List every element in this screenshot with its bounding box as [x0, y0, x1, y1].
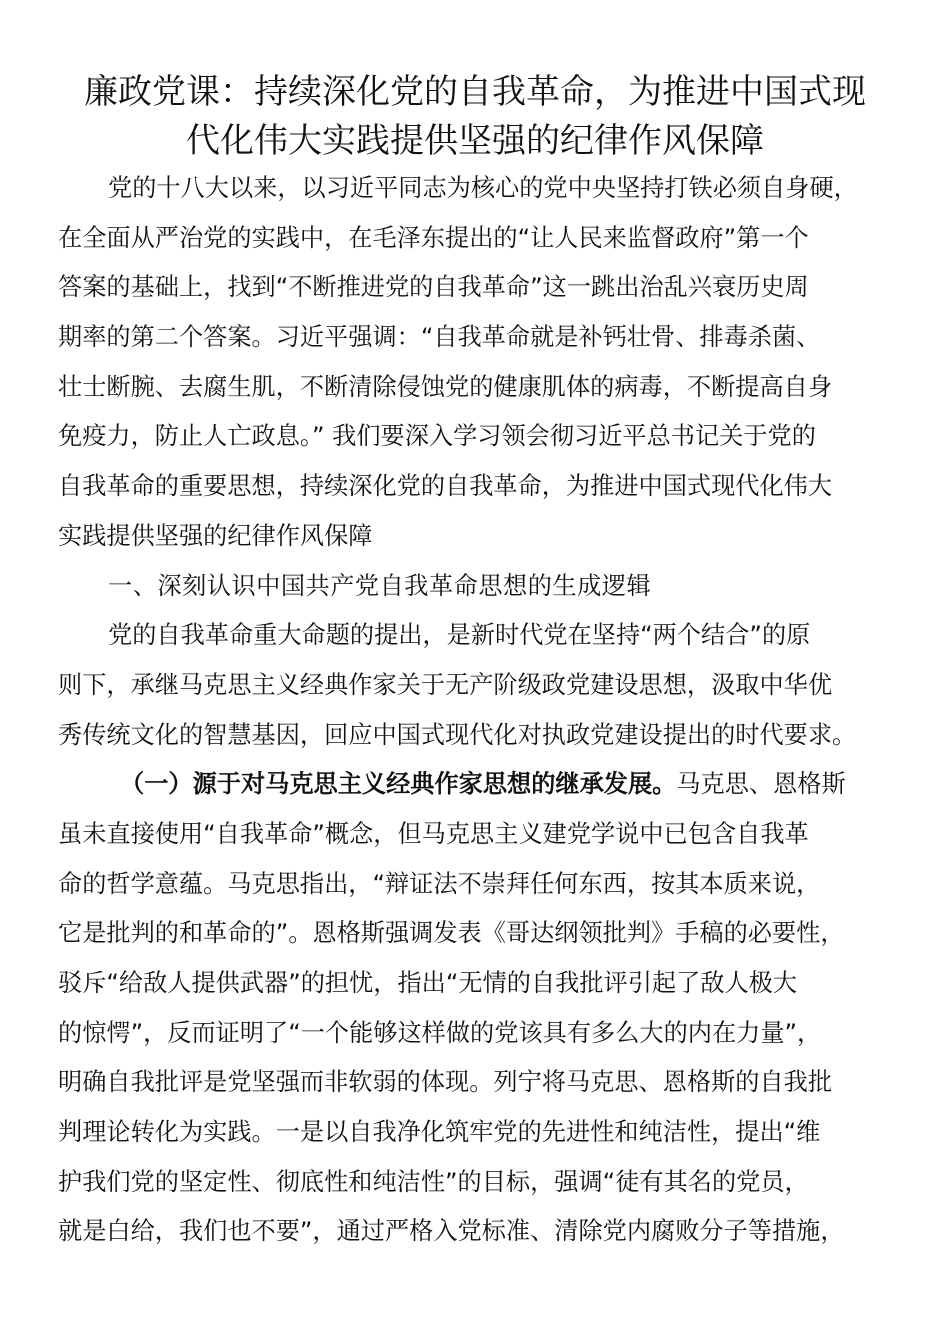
- paragraph-line: 免疫力，防止人亡政息。” 我们要深入学习领会彻习近平总书记关于党的: [58, 412, 898, 462]
- paragraph-line: 驳斥“给敌人提供武器”的担忧，指出“无情的自我批评引起了敌人极大: [58, 959, 898, 1009]
- paragraph-marxist-origin: （一）源于对马克思主义经典作家思想的继承发展。马克思、恩格斯 虽未直接使用“自我…: [58, 760, 898, 1257]
- subsection-heading-1: （一）源于对马克思主义经典作家思想的继承发展。: [120, 770, 676, 798]
- paragraph-line: 秀传统文化的智慧基因，回应中国式现代化对执政党建设提出的时代要求。: [58, 711, 898, 761]
- paragraph-generation-logic: 党的自我革命重大命题的提出，是新时代党在坚持“两个结合”的原 则下，承继马克思主…: [58, 611, 898, 760]
- paragraph-line: 则下，承继马克思主义经典作家关于无产阶级政党建设思想，汲取中华优: [58, 661, 898, 711]
- paragraph-line: 在全面从严治党的实践中，在毛泽东提出的“让人民来监督政府”第一个: [58, 214, 898, 264]
- paragraph-line: 判理论转化为实践。一是以自我净化筑牢党的先进性和纯洁性，提出“维: [58, 1108, 898, 1158]
- paragraph-line: 实践提供坚强的纪律作风保障: [58, 512, 898, 562]
- section-heading-text: 一、深刻认识中国共产党自我革命思想的生成逻辑: [58, 562, 898, 612]
- document-title: 廉政党课：持续深化党的自我革命，为推进中国式现 代化伟大实践提供坚强的纪律作风保…: [40, 68, 910, 166]
- section-heading-1: 一、深刻认识中国共产党自我革命思想的生成逻辑: [58, 562, 898, 612]
- paragraph-text: 马克思、恩格斯: [676, 770, 845, 798]
- title-line-2: 代化伟大实践提供坚强的纪律作风保障: [40, 117, 910, 166]
- paragraph-first-line: （一）源于对马克思主义经典作家思想的继承发展。马克思、恩格斯: [58, 760, 898, 810]
- paragraph-line: 命的哲学意蕴。马克思指出，“辩证法不崇拜任何东西，按其本质来说，: [58, 860, 898, 910]
- paragraph-line: 护我们党的坚定性、彻底性和纯洁性”的目标，强调“徒有其名的党员，: [58, 1158, 898, 1208]
- paragraph-line: 的惊愕”，反而证明了“一个能够这样做的党该具有多么大的内在力量”，: [58, 1009, 898, 1059]
- paragraph-line: 党的十八大以来，以习近平同志为核心的党中央坚持打铁必须自身硬，: [58, 164, 898, 214]
- document-body: 党的十八大以来，以习近平同志为核心的党中央坚持打铁必须自身硬， 在全面从严治党的…: [58, 164, 898, 1257]
- title-line-1: 廉政党课：持续深化党的自我革命，为推进中国式现: [40, 68, 910, 117]
- paragraph-line: 就是白给，我们也不要”，通过严格入党标准、清除党内腐败分子等措施，: [58, 1207, 898, 1257]
- paragraph-line: 期率的第二个答案。习近平强调：“自我革命就是补钙壮骨、排毒杀菌、: [58, 313, 898, 363]
- paragraph-line: 虽未直接使用“自我革命”概念，但马克思主义建党学说中已包含自我革: [58, 810, 898, 860]
- paragraph-line: 它是批判的和革命的”。恩格斯强调发表《哥达纲领批判》手稿的必要性，: [58, 909, 898, 959]
- document-page: 廉政党课：持续深化党的自我革命，为推进中国式现 代化伟大实践提供坚强的纪律作风保…: [0, 0, 950, 1344]
- paragraph-line: 答案的基础上，找到“不断推进党的自我革命”这一跳出治乱兴衰历史周: [58, 263, 898, 313]
- paragraph-line: 壮士断腕、去腐生肌，不断清除侵蚀党的健康肌体的病毒，不断提高自身: [58, 363, 898, 413]
- paragraph-line: 自我革命的重要思想，持续深化党的自我革命，为推进中国式现代化伟大: [58, 462, 898, 512]
- paragraph-line: 党的自我革命重大命题的提出，是新时代党在坚持“两个结合”的原: [58, 611, 898, 661]
- paragraph-line: 明确自我批评是党坚强而非软弱的体现。列宁将马克思、恩格斯的自我批: [58, 1058, 898, 1108]
- paragraph-intro: 党的十八大以来，以习近平同志为核心的党中央坚持打铁必须自身硬， 在全面从严治党的…: [58, 164, 898, 562]
